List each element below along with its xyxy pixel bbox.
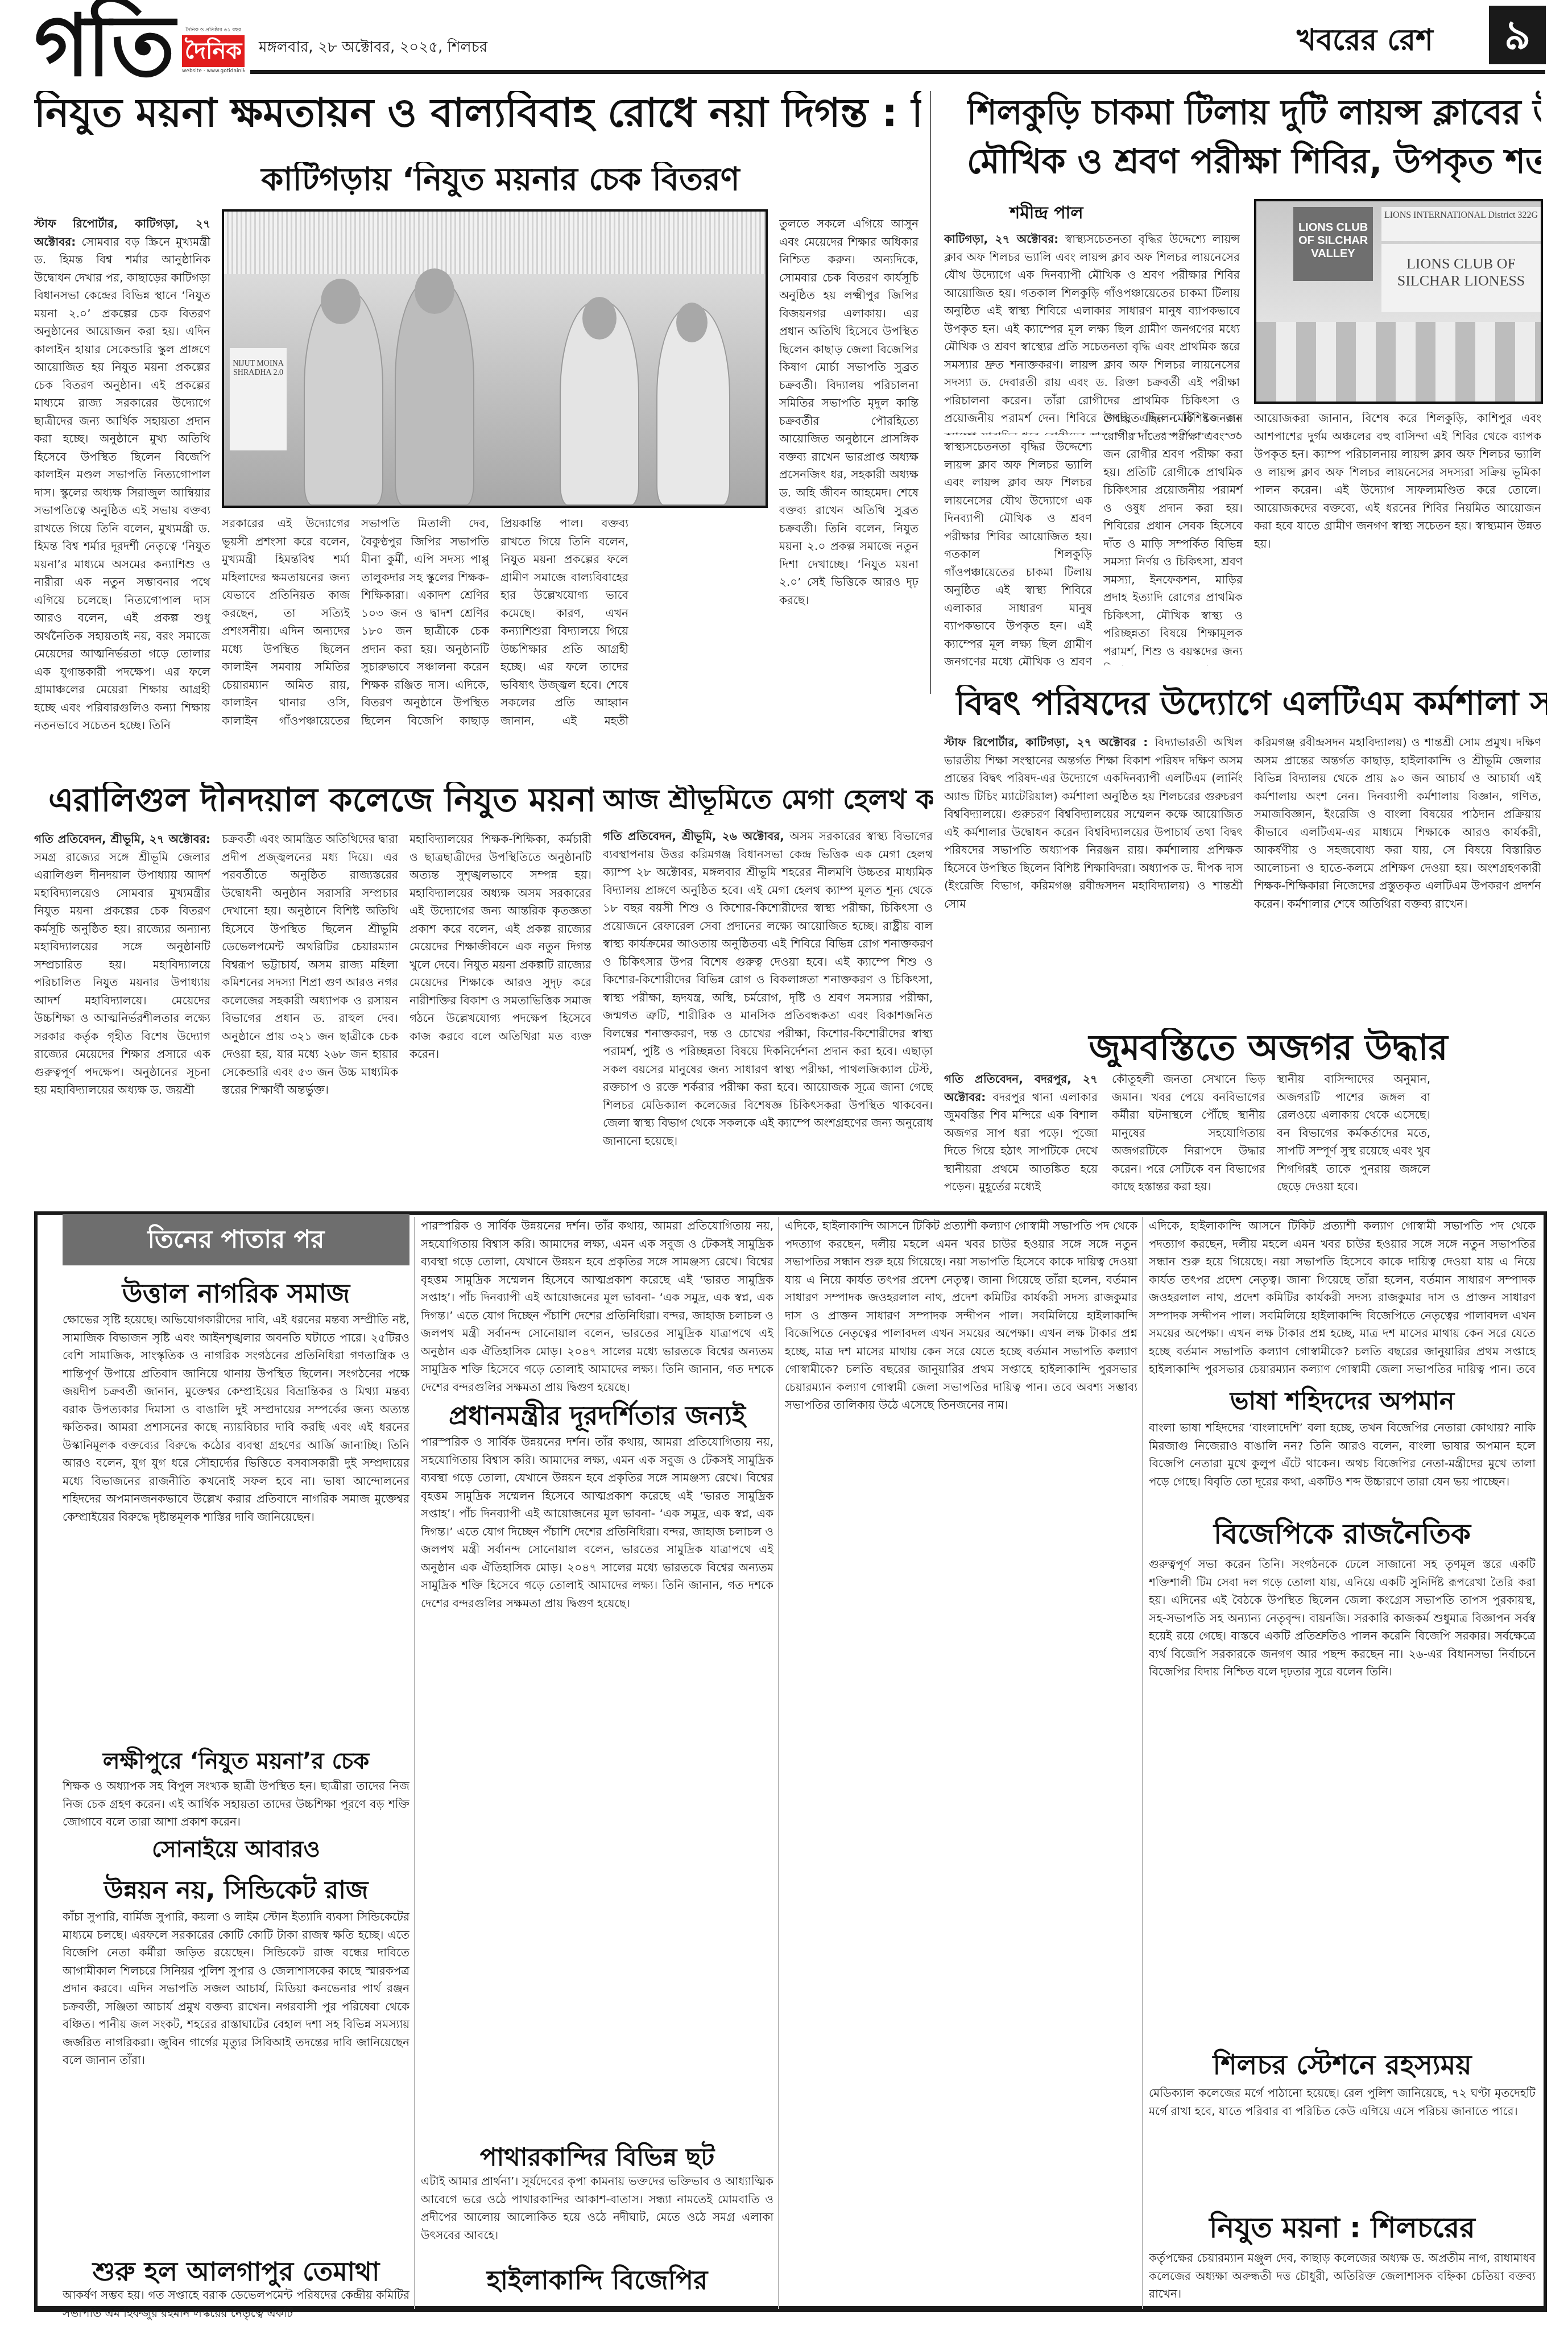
continued-body: আকর্ষণ সম্ভব হয়। গত সপ্তাহে বরাক ডেভেলপ…: [63, 2286, 409, 2320]
page-number: ৯: [1489, 6, 1546, 64]
decoration-fringe: [224, 212, 766, 274]
vidvat-body-1: বিদ্যাভারতী অখিল ভারতীয় শিক্ষা সংস্থানে…: [944, 735, 1243, 911]
continued-body: শিক্ষক ও অধ্যাপক সহ বিপুল সংখ্যক ছাত্রী …: [63, 1777, 409, 1834]
continued-headline: উন্নয়ন নয়, সিন্ডিকেট রাজ: [63, 1871, 409, 1913]
photo-person-head: [415, 268, 454, 314]
health-camp-body: গতি প্রতিবেদন, শ্রীভূমি, ২৬ অক্টোবর, অসম…: [603, 827, 933, 1183]
lead-headline: নিযুত ময়না ক্ষমতায়ন ও বাল্যবিবাহ রোধে …: [34, 91, 921, 135]
python-column-3: স্থানীয় বাসিন্দাদের অনুমান, অজগরটি পাশে…: [1277, 1070, 1430, 1195]
lions-body-1: স্বাস্থ্যসচেতনতা বৃদ্ধির উদ্দেশ্যে লায়ন…: [944, 232, 1240, 435]
continued-headline: লক্ষীপুরে ‘নিযুত ময়না’র চেক: [63, 1743, 409, 1781]
continued-body: পারস্পরিক ও সার্বিক উন্নয়নের দর্শন। তাঁ…: [421, 1433, 773, 2184]
continued-headline: সোনাইয়ে আবারও: [63, 1831, 409, 1869]
continued-body: কর্তৃপক্ষের চেয়ারম্যান মঞ্জুল দেব, কাছা…: [1149, 2249, 1536, 2306]
column-divider: [778, 1217, 779, 2309]
continued-body: কাঁচা সুপারি, বার্মিজ সুপারি, কয়লা ও লা…: [63, 1908, 409, 2249]
lead-column-4: প্রিয়কান্তি পাল। বক্তব্য রাখতে গিয়ে তি…: [500, 515, 628, 731]
python-column-1: গতি প্রতিবেদন, বদরপুর, ২৭ অক্টোবর: বদরপু…: [944, 1070, 1098, 1195]
lead-body-1: সোমবার বড় স্ক্রিনে মুখ্যমন্ত্রী ড. হিমন…: [34, 235, 210, 730]
lions-dateline: কাটিগড়া, ২৭ অক্টোবর:: [944, 232, 1058, 246]
lions-byline: শমীন্দ্র পাল: [978, 199, 1115, 228]
event-banner: NIJUT MOINASHRADHA 2.0: [230, 348, 287, 450]
lions-column-1b: স্বাস্থ্যসচেতনতা বৃদ্ধির উদ্দেশ্যে লায়ন…: [944, 438, 1092, 665]
lions-photo: LIONS CLUB OF SILCHAR VALLEY LIONS INTER…: [1254, 199, 1543, 404]
health-camp-headline: আজ শ্রীভূমিতে মেগা হেলথ ক্যাম্প: [603, 785, 933, 815]
vidvat-column-2: করিমগঞ্জ রবীন্দ্রসদন মহাবিদ্যালয়) ও শান…: [1254, 734, 1541, 1044]
photo-person-head: [582, 297, 617, 340]
eraligool-column-2: চক্রবর্তী এবং আমন্ত্রিত অতিথিদের দ্বারা …: [222, 830, 398, 1183]
daily-badge: দৈনিক ও প্রতিষ্ঠার ৬১ বছর দৈনিক website …: [182, 26, 245, 77]
vidvat-column-1: স্টাফ রিপোর্টার, কাটিগড়া, ২৭ অক্টোবর : …: [944, 734, 1243, 1044]
lead-column-1: স্টাফ রিপোর্টার, কাটিগড়া, ২৭ অক্টোবর: স…: [34, 215, 210, 730]
lead-photo: NIJUT MOINASHRADHA 2.0: [222, 209, 768, 508]
continued-body: এটাই আমার প্রার্থনা’। সূর্যদেবের কৃপা কা…: [421, 2172, 773, 2252]
vidvat-headline: বিদ্বৎ পরিষদের উদ্যোগে এলটিএম কর্মশালা স…: [955, 685, 1547, 722]
photo-person-head: [321, 279, 361, 324]
python-column-2: কৌতূহলী জনতা সেখানে ভিড় জমান। খবর পেয়ে…: [1112, 1070, 1265, 1195]
column-divider: [930, 91, 931, 694]
continued-body: এদিকে, হাইলাকান্দি আসনে টিকিট প্রত্যাশী …: [785, 1217, 1137, 2309]
continued-headline: হাইলাকান্দি বিজেপির: [421, 2261, 773, 2304]
lead-subheadline: কাটিগড়ায় ‘নিযুত ময়নার চেক বিতরণ: [227, 162, 773, 197]
issue-date: মঙ্গলবার, ২৮ অক্টোবর, ২০২৫, শিলচর: [259, 35, 487, 60]
lions-headline-line-2: মৌখিক ও শ্রবণ পরীক্ষা শিবির, উপকৃত শতাধি…: [967, 137, 1541, 186]
column-divider: [1142, 1217, 1143, 2309]
python-body-1: বদরপুর থানা এলাকার জুমবস্তির শিব মন্দিরে…: [944, 1090, 1098, 1194]
section-title: খবরের রেশ: [1297, 17, 1433, 67]
vidvat-dateline: স্টাফ রিপোর্টার, কাটিগড়া, ২৭ অক্টোবর :: [944, 735, 1148, 749]
column-divider: [414, 1217, 415, 2309]
continued-body: পারস্পরিক ও সার্বিক উন্নয়নের দর্শন। তাঁ…: [421, 1217, 773, 1393]
health-camp-text: অসম সরকারের স্বাস্থ্য বিভাগের ব্যবস্থাপন…: [603, 829, 933, 1148]
badge-website: website · www.gotidainik.in: [182, 68, 245, 74]
badge-label: দৈনিক: [182, 35, 245, 67]
continued-body: ক্ষোভের সৃষ্টি হয়েছে। অভিযোগকারীদের দাব…: [63, 1311, 409, 1737]
continued-headline: ভাষা শহিদদের অপমান: [1149, 1382, 1536, 1423]
eraligool-dateline: গতি প্রতিবেদন, শ্রীভূমি, ২৭ অক্টোবর:: [34, 832, 210, 846]
masthead-rule: [250, 70, 1545, 74]
badge-tagline: দৈনিক ও প্রতিষ্ঠার ৬১ বছর: [182, 26, 245, 34]
continued-headline: শিলচর স্টেশনে রহস্যময়: [1149, 2045, 1536, 2089]
eraligool-headline: এরালিগুল দীনদয়াল কলেজে নিযুত ময়নার চেক…: [48, 782, 594, 818]
eraligool-column-3: মহাবিদ্যালয়ের শিক্ষক-শিক্ষিকা, কর্মচারী…: [409, 830, 591, 1183]
continued-body: গুরুত্বপূর্ণ সভা করেন তিনি। সংগঠনকে ঢেলে…: [1149, 1555, 1536, 2039]
eraligool-body-1: সমগ্র রাজ্যের সঙ্গে শ্রীভূমি জেলার এরালি…: [34, 850, 210, 1097]
lions-column-2: গেছে, এদিন মোট ৭০ জন রোগীর দাঁতের পরীক্ষ…: [1103, 409, 1243, 665]
continued-body: বাংলা ভাষা শহিদদের ‘বাংলাদেশি’ বলা হচ্ছে…: [1149, 1419, 1536, 1504]
photo-person-head: [676, 303, 708, 342]
continued-headline: বিজেপিকে রাজনৈতিক: [1149, 1513, 1536, 1560]
lions-banner-lioness: LIONS CLUB OF SILCHAR LIONESS: [1381, 244, 1541, 312]
lions-headline-line-1: শিলকুড়ি চাকমা টিলায় দুটি লায়ন্স ক্লাব…: [967, 88, 1541, 137]
continued-section-title: তিনের পাতার পর: [63, 1214, 409, 1265]
lead-column-2: সরকারের এই উদ্যোগের ভূয়সী প্রশংসা করে ব…: [222, 515, 350, 731]
continued-body: এদিকে, হাইলাকান্দি আসনে টিকিট প্রত্যাশী …: [1149, 1217, 1536, 1376]
lead-column-3: সভাপতি মিতালী দেব, বৈকুণ্ঠপুর জিপির সভাপ…: [361, 515, 489, 731]
lions-banner-valley: LIONS CLUB OF SILCHAR VALLEY: [1293, 207, 1373, 281]
continued-body: মেডিক্যাল কলেজের মর্গে পাঠানো হয়েছে। রে…: [1149, 2084, 1536, 2198]
eraligool-column-1: গতি প্রতিবেদন, শ্রীভূমি, ২৭ অক্টোবর: সমগ…: [34, 830, 210, 1183]
continued-headline: নিযুত ময়না : শিলচরের: [1149, 2207, 1536, 2254]
lions-banner-district: LIONS INTERNATIONAL District 322G: [1381, 207, 1541, 241]
newspaper-logo: গতি: [34, 6, 172, 85]
lions-column-3: আয়োজকরা জানান, বিশেষ করে শিলকুড়ি, কাশি…: [1254, 409, 1541, 665]
health-camp-dateline: গতি প্রতিবেদন, শ্রীভূমি, ২৬ অক্টোবর,: [603, 829, 784, 843]
lions-headline: শিলকুড়ি চাকমা টিলায় দুটি লায়ন্স ক্লাব…: [967, 88, 1541, 186]
lions-column-1a: কাটিগড়া, ২৭ অক্টোবর: স্বাস্থ্যসচেতনতা ব…: [944, 230, 1240, 435]
python-headline: জুমবস্তিতে অজগর উদ্ধার: [1012, 1028, 1524, 1067]
photo-crowd: [1256, 322, 1541, 402]
lead-column-5: তুলতে সকলে এগিয়ে আসুন এবং মেয়েদের শিক্…: [779, 215, 919, 730]
